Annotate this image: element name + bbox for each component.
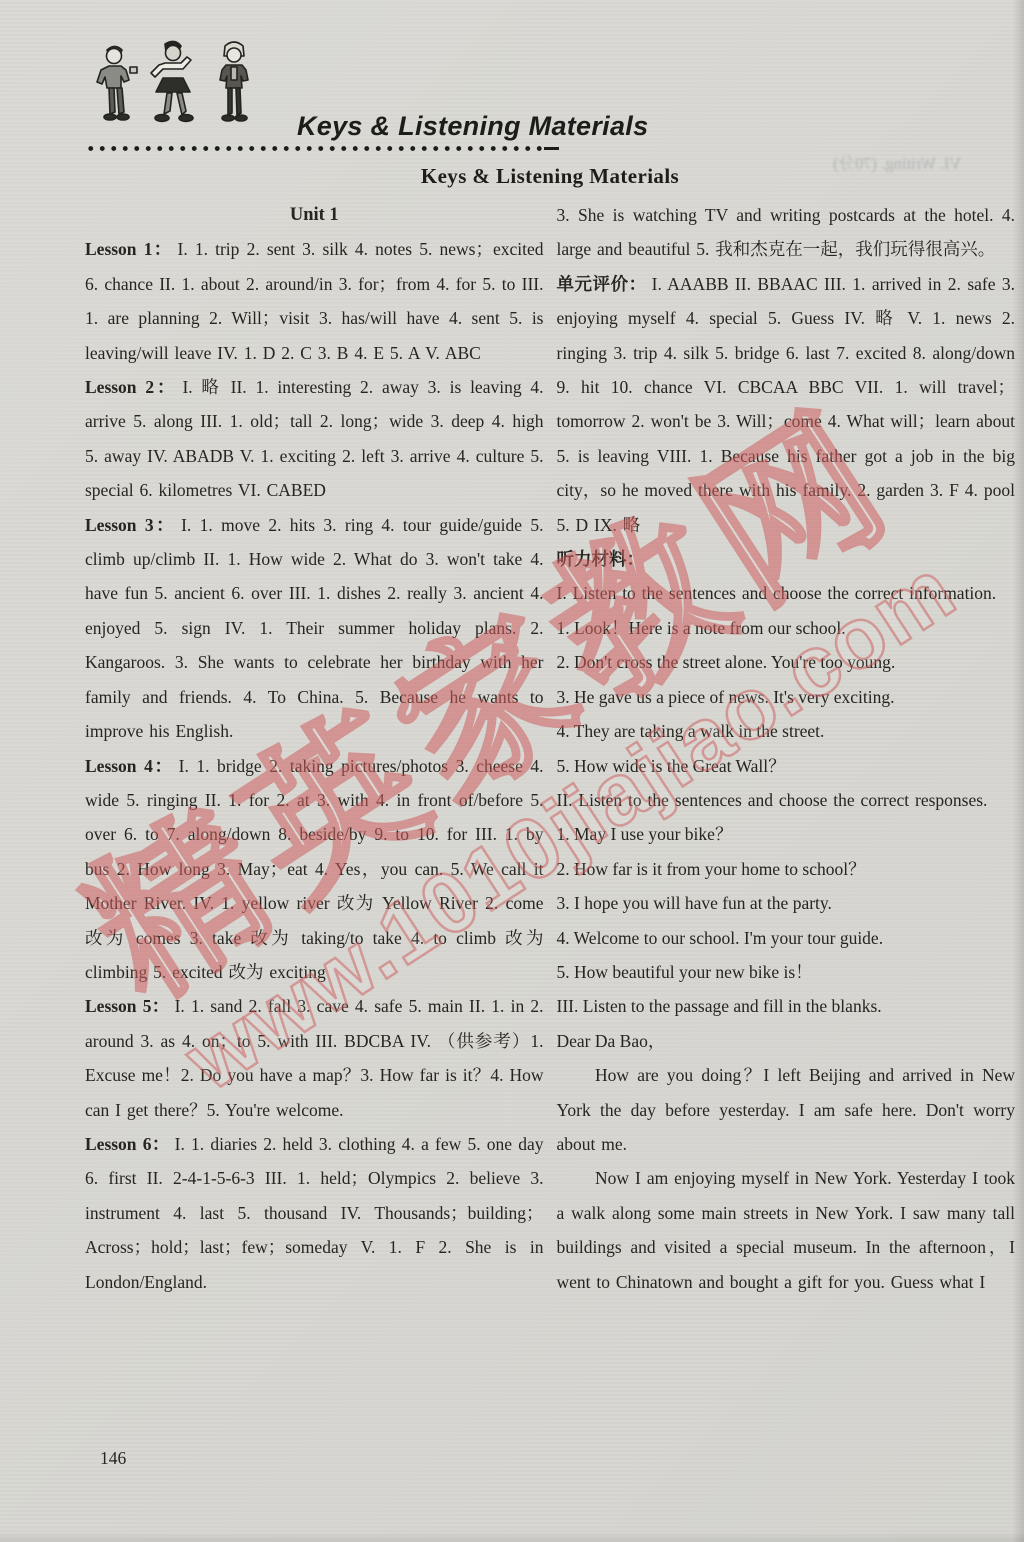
- listening-part1-item: 2. Don't cross the street alone. You're …: [557, 645, 1016, 679]
- letter-salutation: Dear Da Bao，: [557, 1024, 1016, 1058]
- dotted-rule: [85, 145, 543, 152]
- continuation-text: 3. She is watching TV and writing postca…: [557, 198, 1016, 267]
- listening-part2-item: 4. Welcome to our school. I'm your tour …: [557, 921, 1016, 955]
- listening-part2-item: 3. I hope you will have fun at the party…: [557, 886, 1016, 920]
- scanned-book-page: VI. Writing. (70分): [0, 0, 1024, 1542]
- two-column-text: Unit 1 Lesson 1：I. 1. trip 2. sent 3. si…: [85, 198, 1015, 1299]
- listening-part2-item: 2. How far is it from your home to schoo…: [557, 852, 1016, 886]
- students-illustration: [85, 40, 293, 140]
- scan-edge-shadow-bottom: [0, 1532, 1024, 1542]
- letter-paragraph: How are you doing？I left Beijing and arr…: [557, 1058, 1016, 1161]
- banner-title: Keys & Listening Materials: [297, 111, 648, 142]
- page-number: 146: [100, 1441, 126, 1475]
- lesson-6-label: Lesson 6：: [85, 1134, 170, 1154]
- lesson-3-label: Lesson 3：: [85, 515, 176, 535]
- listening-part1-item: 3. He gave us a piece of news. It's very…: [557, 680, 1016, 714]
- page-header: Keys & Listening Materials: [85, 38, 1015, 140]
- lesson-5-answers: Lesson 5：I. 1. sand 2. fall 3. cave 4. s…: [85, 989, 544, 1127]
- listening-part1-item: 4. They are taking a walk in the street.: [557, 714, 1016, 748]
- unit-heading: Unit 1: [85, 198, 544, 232]
- left-column: Unit 1 Lesson 1：I. 1. trip 2. sent 3. si…: [85, 198, 544, 1299]
- unit-evaluation-answers: 单元评价：I. AAABB II. BBAAC III. 1. arrived …: [557, 267, 1016, 542]
- lesson-2-answers: Lesson 2：I. 略 II. 1. interesting 2. away…: [85, 370, 544, 508]
- listening-materials-heading: 听力材料：: [557, 542, 1016, 576]
- lesson-2-label: Lesson 2：: [85, 377, 177, 397]
- lesson-1-answers: Lesson 1：I. 1. trip 2. sent 3. silk 4. n…: [85, 232, 544, 370]
- page-title: Keys & Listening Materials: [85, 164, 1015, 189]
- letter-paragraph: Now I am enjoying myself in New York. Ye…: [557, 1161, 1016, 1299]
- listening-part1-intro: I. Listen to the sentences and choose th…: [557, 576, 1016, 610]
- listening-part2-item: 5. How beautiful your new bike is！: [557, 955, 1016, 989]
- page-content: Keys & Listening Materials Keys & Listen…: [85, 38, 1015, 1299]
- lesson-5-label: Lesson 5：: [85, 996, 170, 1016]
- listening-part2-item: 1. May I use your bike？: [557, 817, 1016, 851]
- listening-part2-intro: II. Listen to the sentences and choose t…: [557, 783, 1016, 817]
- lesson-4-answers: Lesson 4：I. 1. bridge 2. taking pictures…: [85, 749, 544, 990]
- lesson-4-label: Lesson 4：: [85, 756, 174, 776]
- lesson-6-answers: Lesson 6：I. 1. diaries 2. held 3. clothi…: [85, 1127, 544, 1299]
- unit-evaluation-label: 单元评价：: [557, 274, 647, 294]
- right-column: 3. She is watching TV and writing postca…: [557, 198, 1016, 1299]
- listening-part1-item: 1. Look！Here is a note from our school.: [557, 611, 1016, 645]
- lesson-1-label: Lesson 1：: [85, 239, 173, 259]
- listening-part1-item: 5. How wide is the Great Wall？: [557, 749, 1016, 783]
- lesson-3-answers: Lesson 3：I. 1. move 2. hits 3. ring 4. t…: [85, 508, 544, 749]
- listening-part3-intro: III. Listen to the passage and fill in t…: [557, 989, 1016, 1023]
